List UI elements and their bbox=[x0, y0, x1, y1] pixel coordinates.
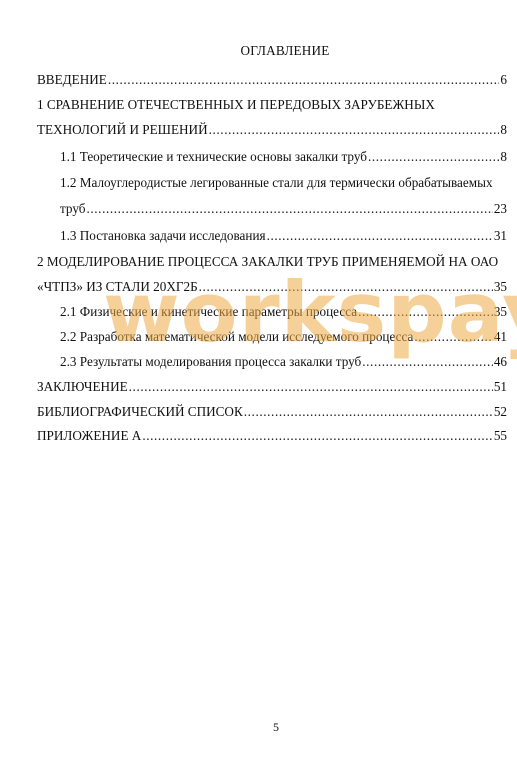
toc-page-number: 35 bbox=[494, 279, 507, 295]
toc-entry-title: ЗАКЛЮЧЕНИЕ bbox=[37, 379, 128, 395]
toc-entry-title: 2.2 Разработка математической модели исс… bbox=[60, 329, 413, 345]
toc-page-number: 8 bbox=[500, 122, 507, 138]
toc-page-number: 51 bbox=[494, 379, 507, 395]
toc-entry-title: ПРИЛОЖЕНИЕ А bbox=[37, 428, 141, 444]
toc-page-number: 31 bbox=[494, 228, 507, 244]
toc-entry-title: ТЕХНОЛОГИЙ И РЕШЕНИЙ bbox=[37, 122, 208, 138]
toc-entry-line: 2 МОДЕЛИРОВАНИЕ ПРОЦЕССА ЗАКАЛКИ ТРУБ ПР… bbox=[37, 254, 498, 270]
toc-page-number: 55 bbox=[494, 428, 507, 444]
dot-leader bbox=[368, 149, 499, 165]
toc-page-number: 23 bbox=[494, 201, 507, 217]
toc-page-number: 35 bbox=[494, 304, 507, 320]
toc-entry-title: труб bbox=[60, 201, 85, 217]
toc-entry-title: 2.1 Физические и кинетические параметры … bbox=[60, 304, 357, 320]
toc-page-number: 41 bbox=[494, 329, 507, 345]
dot-leader bbox=[142, 428, 492, 444]
toc-entry-title: БИБЛИОГРАФИЧЕСКИЙ СПИСОК bbox=[37, 404, 243, 420]
toc-page-number: 6 bbox=[500, 72, 507, 88]
dot-leader bbox=[362, 354, 493, 370]
page-number: 5 bbox=[0, 720, 517, 735]
toc-page-number: 52 bbox=[494, 404, 507, 420]
dot-leader bbox=[244, 404, 493, 420]
toc-entry-title: ВВЕДЕНИЕ bbox=[37, 72, 107, 88]
toc-page-number: 46 bbox=[494, 354, 507, 370]
toc-entry-line: 1.2 Малоуглеродистые легированные стали … bbox=[60, 175, 493, 191]
toc-entry-title: 1.1 Теоретические и технические основы з… bbox=[60, 149, 367, 165]
document-page: ОГЛАВЛЕНИЕ ВВЕДЕНИЕ61 СРАВНЕНИЕ ОТЕЧЕСТВ… bbox=[0, 0, 517, 775]
toc-entry-title: 2.3 Результаты моделирования процесса за… bbox=[60, 354, 361, 370]
dot-leader bbox=[199, 279, 493, 295]
toc-entry-title: «ЧТПЗ» ИЗ СТАЛИ 20ХГ2Б bbox=[37, 279, 198, 295]
dot-leader bbox=[358, 304, 493, 320]
dot-leader bbox=[108, 72, 500, 88]
dot-leader bbox=[209, 122, 500, 138]
dot-leader bbox=[414, 329, 492, 345]
dot-leader bbox=[86, 201, 492, 217]
dot-leader bbox=[267, 228, 493, 244]
dot-leader bbox=[129, 379, 493, 395]
toc-entry-line: 1 СРАВНЕНИЕ ОТЕЧЕСТВЕННЫХ И ПЕРЕДОВЫХ ЗА… bbox=[37, 97, 435, 113]
toc-title: ОГЛАВЛЕНИЕ bbox=[0, 43, 517, 59]
toc-entry-title: 1.3 Постановка задачи исследования bbox=[60, 228, 266, 244]
toc-page-number: 8 bbox=[500, 149, 507, 165]
